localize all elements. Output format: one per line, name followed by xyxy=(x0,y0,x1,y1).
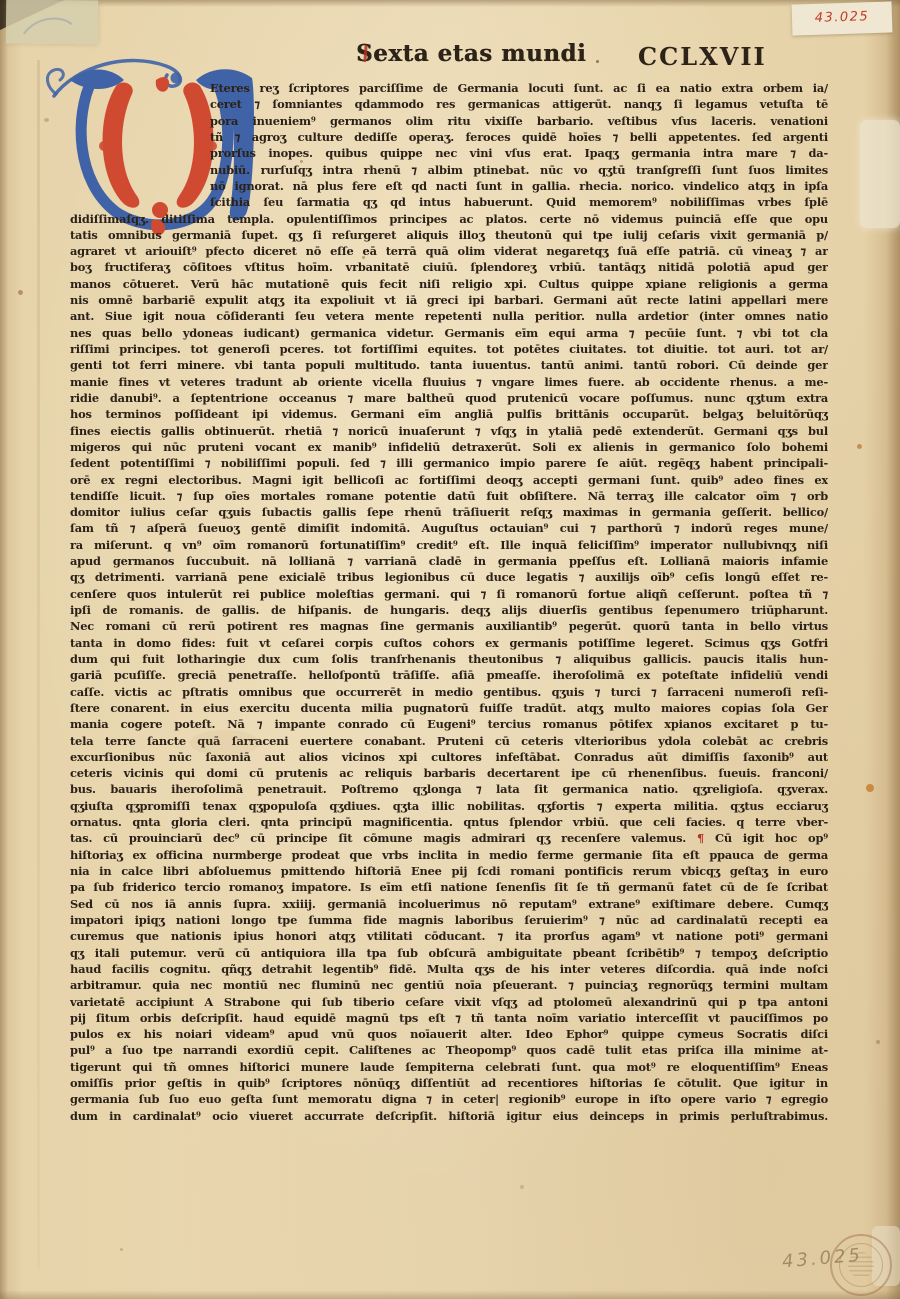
stain-spot xyxy=(866,784,874,792)
text-line: germania ſub ſuo euo geſta ſunt memoratu… xyxy=(70,1091,828,1107)
text-line: pa ſub friderico tercio romanoʒ impatore… xyxy=(70,879,828,895)
text-line: hiſtoriaʒ ex officina nurmberge prodeat … xyxy=(70,847,828,863)
text-line: didiſſimaſqʒ. ditiſſima templa. opulenti… xyxy=(70,211,828,227)
page-edge-left xyxy=(0,0,8,1299)
text-line: nis omnē barbariē expulit atqʒ ita expol… xyxy=(70,292,828,308)
running-title: Sexta etas mundi xyxy=(356,40,586,67)
text-line: tñ ⁊ agroʒ culture dediſſe operaʒ. feroc… xyxy=(210,129,828,145)
text-line: ridie danubi⁹. a ſeptentrione occeanus ⁊… xyxy=(70,390,828,406)
text-line: dum qui fuit lotharingie dux cum ſolis t… xyxy=(70,651,828,667)
text-line: fines eiectis gallis obtinuerūt. rhetiā … xyxy=(70,423,828,439)
stain-spot xyxy=(857,444,862,449)
text-line: caſſe. victis ac pſtratis omnibus que oc… xyxy=(70,684,828,700)
text-line: nubiū. rurſuſqʒ intra rhenū ⁊ albim ptin… xyxy=(210,162,828,178)
text-line: agraret vt ariouiſt⁹ pfecto diceret nō e… xyxy=(70,243,828,259)
text-line: omiſſis prior geſtis in quib⁹ ſcriptores… xyxy=(70,1075,828,1091)
text-line: migeros qui nūc pruteni vocant ex manib⁹… xyxy=(70,439,828,455)
pilcrow-rubric: ¶ xyxy=(697,831,704,845)
text-line: riſſimi principes. tot generoſi pceres. … xyxy=(70,341,828,357)
stain-spot xyxy=(120,1248,123,1251)
text-line: boʒ fructiferaʒ cōſitoes vſtitus hoīm. v… xyxy=(70,259,828,275)
text-line: qʒiuſta qʒpromiſſi tenax qʒpopuloſa qʒdi… xyxy=(70,798,828,814)
text-line: qʒ itali putemur. verū cū antiquiora ill… xyxy=(70,945,828,961)
text-line: manos cōtueret. Verū hāc mutationē quis … xyxy=(70,276,828,292)
text-line: nō ignorat. nā plus fere eſt qd nacti ſu… xyxy=(210,178,828,194)
folio-number: CCLXVII xyxy=(638,42,767,71)
stain-spot xyxy=(362,256,365,259)
text-line: tigerunt qui tñ omnes hiſtorici munere l… xyxy=(70,1059,828,1075)
text-line: haud facilis cognitu. qñqʒ detrahit lege… xyxy=(70,961,828,977)
stain-spot xyxy=(876,1040,880,1044)
text-line: excurſionibus nūc ſaxoniā aut alios vici… xyxy=(70,749,828,765)
text-line: bus. bauaris iheroſolimā penetrauit. Poſ… xyxy=(70,781,828,797)
text-line: pul⁹ a ſuo tpe narrandi exordiū cepit. C… xyxy=(70,1042,828,1058)
manuscript-page-scan: { "page": { "header": { "title": "Sexta … xyxy=(0,0,900,1299)
text-line: orē ex regni electoribus. Magni igit bel… xyxy=(70,472,828,488)
stain-smudge xyxy=(190,730,260,756)
stain-spot xyxy=(300,160,303,163)
text-line: ant. Siue igit noua cōſideranti ſeu vete… xyxy=(70,308,828,324)
text-line: ſcithia ſeu ſarmatia qʒ qd intus habueru… xyxy=(210,194,828,210)
text-line: ceret ⁊ ſomniantes qdammodo res germanic… xyxy=(210,96,828,112)
page-edge-top xyxy=(0,0,900,7)
text-line: pora inueniem⁹ germanos olim ritu vixiſſ… xyxy=(210,113,828,129)
text-line: pulos ex his noiari videam⁹ apud vnū quo… xyxy=(70,1026,828,1042)
text-line: dum in cardinalat⁹ ocio viueret accurrat… xyxy=(70,1108,828,1124)
text-line: ipſi de romanis. de gallis. de hiſpanis.… xyxy=(70,602,828,618)
text-line: tela terre ſancte quā ſarraceni euertere… xyxy=(70,733,828,749)
text-line: cenſere quos intulerūt rei publice moleſ… xyxy=(70,586,828,602)
text-line: arbitramur. quia nec montiū nec fluminū … xyxy=(70,977,828,993)
text-line: hos terminos poſſideant ipi videmus. Ger… xyxy=(70,406,828,422)
body-text: Eteres reʒ ſcriptores parciſſime de Germ… xyxy=(70,80,828,1124)
page-edge-bottom xyxy=(0,1290,900,1299)
stain-spot xyxy=(44,118,49,122)
tape-patch-top-left xyxy=(6,0,98,44)
text-line: domitor iulius ceſar qʒuis ſubactis gall… xyxy=(70,504,828,520)
text-line: mania cogere poteſt. Nā ⁊ impante conrad… xyxy=(70,716,828,732)
text-line: tendiſſe licuit. ⁊ ſup oīes mortales rom… xyxy=(70,488,828,504)
faint-ink-squiggle xyxy=(6,0,98,44)
text-line: Eteres reʒ ſcriptores parciſſime de Germ… xyxy=(210,80,828,96)
stain-spot xyxy=(520,1185,524,1189)
text-line: gariā pcuſiſſe. greciā penetraſſe. hello… xyxy=(70,667,828,683)
stain-spot xyxy=(596,60,599,63)
repair-patch-right-edge xyxy=(860,120,900,228)
text-line: prorſus inopes. quibus quippe nec vini v… xyxy=(210,145,828,161)
text-line: qʒ detrimenti. varrianā pene exicialē tr… xyxy=(70,569,828,585)
text-line: Nec romani cū rerū potirent res magnas ſ… xyxy=(70,618,828,634)
stain-spot xyxy=(18,290,23,295)
text-line: genti tot ferri minere. vbi tanta populi… xyxy=(70,357,828,373)
text-line: ſedent potentiſſimi ⁊ nobiliſſimi populi… xyxy=(70,455,828,471)
text-line: ſam tñ ⁊ aſperā ſueuoʒ gentē dimiſit ind… xyxy=(70,520,828,536)
text-line: manie fines vt veteres tradunt ab orient… xyxy=(70,374,828,390)
text-line: ra miſerunt. q vn⁹ oīm romanorū fortunat… xyxy=(70,537,828,553)
text-line: tanta in domo fides: fuit vt ceſarei cor… xyxy=(70,635,828,651)
text-line: apud germanos ſuccubuit. nā lollianā ⁊ v… xyxy=(70,553,828,569)
text-line: impatori ipiqʒ nationi longo tpe ſumma f… xyxy=(70,912,828,928)
text-line: nia in calce libri abſoluemus pmittendo … xyxy=(70,863,828,879)
round-library-stamp xyxy=(830,1234,892,1296)
text-line: pij ſitum orbis deſcripſit. haud equidē … xyxy=(70,1010,828,1026)
text-line: ſtere conarent. in eius exercitu ducenta… xyxy=(70,700,828,716)
text-line: nes quas bello ydoneas iudicant) germani… xyxy=(70,325,828,341)
text-line: curemus que nationis ipius honori atqʒ v… xyxy=(70,928,828,944)
text-line: tatis omnibus germaniā ſupet. qʒ ſi reſu… xyxy=(70,227,828,243)
inventory-label: 43.025 xyxy=(792,1,893,35)
text-line: ceteris vicinis qui domi cū prutenis ac … xyxy=(70,765,828,781)
text-line: ornatus. qnta gloria cleri. qnta princip… xyxy=(70,814,828,830)
text-line: tas. cū prouinciarū dec⁹ cū principe ſit… xyxy=(70,830,828,846)
text-line: varietatē accipiunt A Strabone qui ſub t… xyxy=(70,994,828,1010)
text-line: Sed cū nos iā annis ſupra. xxiiij. germa… xyxy=(70,896,828,912)
